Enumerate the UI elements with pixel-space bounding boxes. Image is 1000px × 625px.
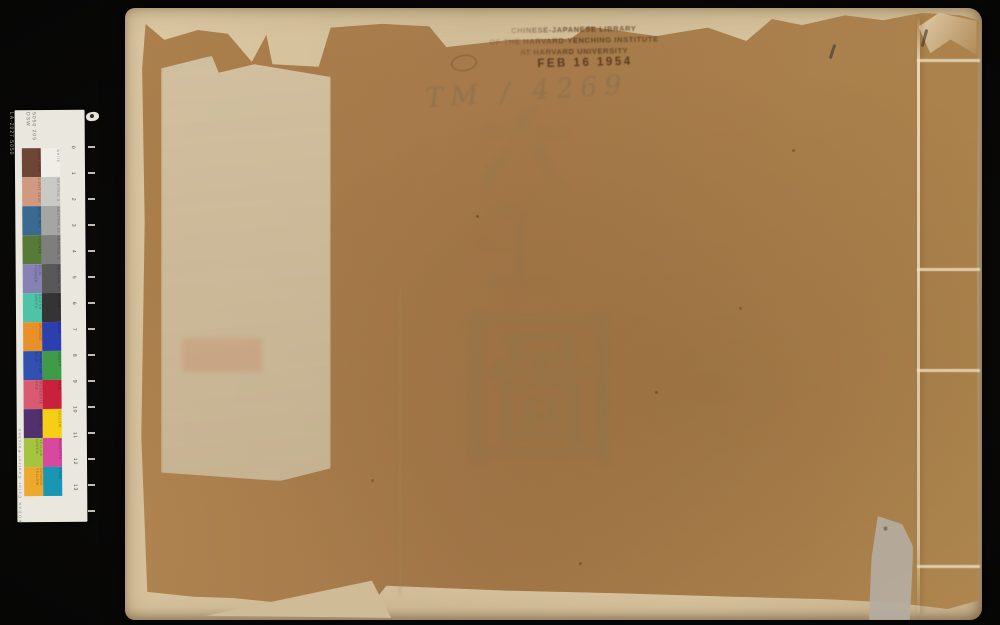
tick-mark xyxy=(88,458,95,460)
patch-label: BLUE xyxy=(57,323,61,334)
tick-mark xyxy=(88,432,95,434)
color-patch-column: DARK SKINLIGHT SKINBLUE SKYFOLIAGEBLUE F… xyxy=(22,148,43,496)
ghost-glyph: 壬 xyxy=(475,204,567,296)
patch-black: BLACK xyxy=(42,293,61,322)
tick-mark xyxy=(88,224,95,226)
scale-number: 4 xyxy=(71,250,77,254)
patch-neutral-5: NEUTRAL 5 xyxy=(41,235,60,264)
patch-moderate-red: MODERATE RED xyxy=(23,380,42,409)
scale-number: 2 xyxy=(70,198,76,202)
target-scale-ruler: 012345678910111213 xyxy=(62,110,88,522)
patch-purplish-blue: PURPLISH BLUE xyxy=(23,351,42,380)
patch-label: NEUTRAL 5 xyxy=(56,236,60,260)
patch-yellow-green: YELLOW GREEN xyxy=(24,438,43,467)
patch-yellow: YELLOW xyxy=(43,409,62,438)
patch-label: BLUE FLOWER xyxy=(34,265,42,292)
patch-foliage: FOLIAGE xyxy=(22,235,41,264)
scale-number: 9 xyxy=(71,380,77,384)
fold-crease xyxy=(917,59,980,62)
patch-purple: PURPLE xyxy=(24,409,43,438)
patch-label: NEUTRAL 65 xyxy=(56,207,60,233)
swatch-grid: DARK SKINLIGHT SKINBLUE SKYFOLIAGEBLUE F… xyxy=(22,148,62,496)
scale-number: 5 xyxy=(71,276,77,280)
binding-fold-crease xyxy=(917,17,920,614)
ghost-glyph: 六 xyxy=(477,106,573,202)
tick-mark xyxy=(88,328,95,330)
patch-dark-skin: DARK SKIN xyxy=(22,148,41,177)
patch-label: WHITE xyxy=(56,149,60,163)
scale-number: 11 xyxy=(72,432,78,439)
patch-blue-sky: BLUE SKY xyxy=(22,206,41,235)
tick-mark xyxy=(88,406,95,408)
patch-magenta: MAGENTA xyxy=(43,438,62,467)
tick-mark xyxy=(88,380,95,382)
patch-label: GREEN xyxy=(57,352,61,367)
patch-label: NEUTRAL 8 xyxy=(56,178,60,202)
patch-cyan: CYAN xyxy=(43,467,62,496)
faded-label-patch xyxy=(161,56,331,481)
photo-stage: LA-2027 5050 KODAK Color Control Patches… xyxy=(0,0,1000,625)
tick-mark xyxy=(88,484,95,486)
fold-crease xyxy=(917,369,980,372)
tick-mark xyxy=(88,146,95,148)
scale-number: 10 xyxy=(72,406,78,414)
tick-mark xyxy=(88,172,95,174)
fold-crease xyxy=(917,268,980,271)
patch-label: YELLOW GREEN xyxy=(35,439,43,466)
fold-crease xyxy=(917,565,980,568)
scale-number: 7 xyxy=(71,328,77,332)
patch-light-skin: LIGHT SKIN xyxy=(22,177,41,206)
scale-number: 6 xyxy=(71,302,77,306)
patch-label: MODERATE RED xyxy=(34,381,42,408)
scale-number: 8 xyxy=(71,354,77,358)
patch-orange: ORANGE xyxy=(23,322,42,351)
color-calibration-target: KODAK Color Control Patches 5050 205 DSW… xyxy=(15,110,88,522)
patch-label: PURPLISH BLUE xyxy=(34,352,42,379)
tick-mark xyxy=(88,302,95,304)
target-head-label: 5050 205 DSW xyxy=(25,112,37,146)
book-cover: 六壬圖 CHINESE-JAPANESE LIBRARY OF THE HARV… xyxy=(125,8,982,620)
patch-green: GREEN xyxy=(42,351,61,380)
patch-neutral-8: NEUTRAL 8 xyxy=(41,177,60,206)
patch-orange-yellow: ORANGE YELLOW xyxy=(24,467,43,496)
patch-label: RED xyxy=(57,381,61,390)
patch-red: RED xyxy=(42,380,61,409)
tick-mark xyxy=(88,510,95,512)
paper-specks xyxy=(125,8,126,9)
target-side-code: LA-2027 5050 xyxy=(8,112,14,155)
patch-neutral-35: NEUTRAL 35 xyxy=(42,264,61,293)
patch-label: YELLOW xyxy=(58,410,62,428)
scale-number: 12 xyxy=(72,458,78,466)
tick-mark xyxy=(88,354,95,356)
patch-label: MAGENTA xyxy=(58,439,62,460)
tick-mark xyxy=(88,198,95,200)
patch-label: ORANGE YELLOW xyxy=(35,468,43,495)
scale-number: 0 xyxy=(70,146,76,150)
patch-label: NEUTRAL 35 xyxy=(57,265,61,291)
patch-neutral-65: NEUTRAL 65 xyxy=(41,206,60,235)
patch-blue-flower: BLUE FLOWER xyxy=(23,264,42,293)
scale-tick-marks xyxy=(88,110,98,522)
gray-and-primary-column: WHITENEUTRAL 8NEUTRAL 65NEUTRAL 5NEUTRAL… xyxy=(41,148,62,496)
scale-number: 3 xyxy=(70,224,76,228)
patch-label: CYAN xyxy=(58,468,62,479)
ghost-glyph: 圖 xyxy=(455,308,625,478)
patch-label: BLACK xyxy=(57,294,61,308)
scale-number: 1 xyxy=(70,172,76,176)
soft-crease xyxy=(399,283,401,595)
faded-red-seal xyxy=(182,338,262,372)
patch-label: BLUISH GREEN xyxy=(34,294,42,321)
library-stamp: CHINESE-JAPANESE LIBRARY OF THE HARVARD-… xyxy=(445,22,704,59)
patch-bluish-green: BLUISH GREEN xyxy=(23,293,42,322)
tick-mark xyxy=(88,276,95,278)
tick-mark xyxy=(88,250,95,252)
scale-number: 13 xyxy=(72,484,78,492)
patch-blue: BLUE xyxy=(42,322,61,351)
patch-white: WHITE xyxy=(41,148,60,177)
